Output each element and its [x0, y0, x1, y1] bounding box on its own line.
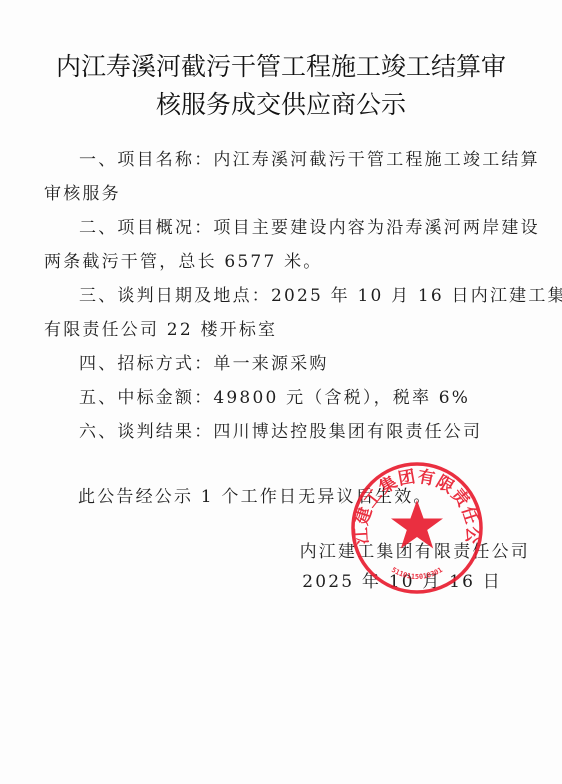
title-line-1: 内江寿溪河截污干管工程施工竣工结算审	[0, 48, 562, 86]
item-project-overview: 二、项目概况：项目主要建设内容为沿寿溪河两岸建设 两条截污干管，总长 6577 …	[44, 211, 534, 279]
item-text-continued: 两条截污干管，总长 6577 米。	[44, 245, 534, 279]
item-winning-amount: 五、中标金额：49800 元（含税），税率 6%	[44, 381, 534, 415]
item-text-continued: 有限责任公司 22 楼开标室	[44, 313, 534, 347]
item-text-continued: 审核服务	[44, 177, 534, 211]
item-project-name: 一、项目名称：内江寿溪河截污干管工程施工竣工结算 审核服务	[44, 143, 534, 211]
effective-notice: 此公告经公示 1 个工作日无异议后生效。	[78, 480, 433, 514]
title-line-2: 核服务成交供应商公示	[0, 86, 562, 124]
item-text: 二、项目概况：项目主要建设内容为沿寿溪河两岸建设	[44, 211, 534, 245]
item-negotiation-result: 六、谈判结果：四川博达控股集团有限责任公司	[44, 415, 534, 449]
signature-date: 2025 年 10 月 16 日	[300, 567, 530, 597]
item-text: 一、项目名称：内江寿溪河截污干管工程施工竣工结算	[44, 143, 534, 177]
signature-company: 内江建工集团有限责任公司	[300, 537, 530, 567]
item-bidding-method: 四、招标方式：单一来源采购	[44, 347, 534, 381]
item-text: 五、中标金额：49800 元（含税），税率 6%	[44, 381, 534, 415]
announcement-body: 一、项目名称：内江寿溪河截污干管工程施工竣工结算 审核服务 二、项目概况：项目主…	[44, 143, 534, 449]
item-negotiation-date-location: 三、谈判日期及地点：2025 年 10 月 16 日内江建工集团 有限责任公司 …	[44, 279, 534, 347]
item-text: 三、谈判日期及地点：2025 年 10 月 16 日内江建工集团	[44, 279, 534, 313]
signature-block: 内江建工集团有限责任公司 2025 年 10 月 16 日	[300, 537, 530, 597]
item-text: 六、谈判结果：四川博达控股集团有限责任公司	[44, 415, 534, 449]
document-title: 内江寿溪河截污干管工程施工竣工结算审 核服务成交供应商公示	[0, 48, 562, 124]
item-text: 四、招标方式：单一来源采购	[44, 347, 534, 381]
